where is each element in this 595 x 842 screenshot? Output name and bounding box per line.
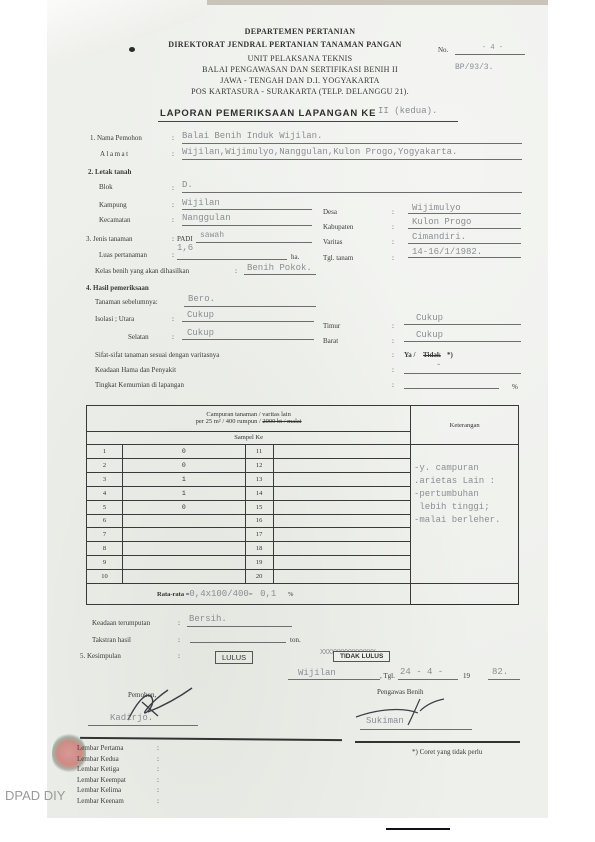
previous-crop-label: Tanaman sebelumnya:: [95, 298, 158, 306]
sample-number: 12: [245, 459, 273, 473]
keterangan-line: .arietas Lain :: [414, 475, 500, 488]
purity-unit: %: [512, 383, 518, 391]
sample-number: 6: [87, 514, 123, 528]
crop-type-value: sawah: [200, 231, 224, 240]
inspector-name: Sukiman: [366, 716, 404, 726]
isolation-west-value: Cukup: [416, 330, 443, 340]
copy-list-item: Lembar Pertama:: [77, 743, 126, 754]
address-value: Wijilan,Wijimulyo,Nanggulan,Kulon Progo,…: [182, 147, 457, 157]
sample-value: [273, 486, 411, 500]
sample-number: 2: [87, 459, 123, 473]
sample-value: 1: [122, 473, 245, 487]
year-prefix: 19: [463, 672, 470, 680]
pest-value: -: [436, 360, 441, 370]
keterangan-notes: -y. campuran.arietas Lain :-pertumbuhan …: [414, 462, 500, 527]
variety-match-yes: Ya /: [404, 351, 415, 359]
sample-number: 18: [245, 542, 273, 556]
sample-value: 0: [122, 445, 245, 459]
planting-date-label: Tgl. tanam: [323, 254, 353, 262]
seed-class-value: Benih Pokok.: [247, 263, 312, 273]
directorate-name: DIREKTORAT JENDRAL PERTANIAN TANAMAN PAN…: [135, 40, 435, 49]
kampung-value: Wijilan: [182, 198, 220, 208]
post-address: POS KARTASURA - SURAKARTA (TELP. DELANGG…: [140, 87, 460, 96]
sample-number: 3: [87, 473, 123, 487]
variety-value: Cimandiri.: [412, 232, 466, 242]
sample-value: [273, 473, 411, 487]
reference-number: BP/93/3.: [455, 63, 493, 72]
pest-label: Keadaan Hama dan Penyakit: [95, 366, 176, 374]
copy-list-item: Lembar Kelima:: [77, 785, 126, 796]
sample-value: [122, 569, 245, 583]
sample-label: Sampel Ke: [87, 431, 411, 445]
table-row: 1011: [87, 445, 519, 459]
sample-value: 0: [122, 500, 245, 514]
sample-value: [122, 555, 245, 569]
kabupaten-value: Kulon Progo: [412, 217, 471, 227]
copy-list-item: Lembar Kedua:: [77, 754, 126, 765]
location-heading: 2. Letak tanah: [88, 168, 131, 176]
yield-label: Takstran hasil: [92, 636, 131, 644]
keterangan-header: Keterangan: [411, 406, 519, 445]
page-indicator-bar: [386, 828, 450, 830]
report-title: LAPORAN PEMERIKSAAN LAPANGAN KE: [160, 108, 376, 119]
weed-value: Bersih.: [189, 614, 227, 624]
area-value: 1,6: [177, 243, 193, 253]
keterangan-line: -y. campuran: [414, 462, 500, 475]
watermark: DPAD DIY: [5, 788, 65, 803]
average-formula: 0,4x100/400: [189, 589, 248, 599]
sample-value: [122, 528, 245, 542]
copy-list: Lembar Pertama:Lembar Kedua:Lembar Ketig…: [77, 743, 126, 806]
isolation-north-value: Cukup: [187, 310, 214, 320]
applicant-name-label: 1. Nama Pemohon: [90, 134, 142, 142]
address-label: Alamat: [100, 150, 130, 158]
sample-value: [122, 542, 245, 556]
sample-number: 17: [245, 528, 273, 542]
sample-number: 1: [87, 445, 123, 459]
results-heading: 4. Hasil pemeriksaan: [86, 284, 149, 292]
average-equals: =: [249, 591, 253, 598]
blok-value: D.: [182, 180, 193, 190]
applicant-name: Kadirjo.: [110, 713, 153, 723]
desa-label: Desa: [323, 208, 337, 216]
year-value: 82.: [492, 667, 508, 677]
sample-value: [273, 528, 411, 542]
kecamatan-value: Nanggulan: [182, 213, 231, 223]
purity-label: Tingkat Kemurnian di lapangan: [95, 381, 184, 389]
sample-number: 5: [87, 500, 123, 514]
copy-list-item: Lembar Ketiga:: [77, 764, 126, 775]
keterangan-line: -pertumbuhan: [414, 488, 500, 501]
seed-class-label: Kelas benih yang akan dihasilkan: [95, 267, 189, 275]
variety-label: Varitas: [323, 238, 342, 246]
report-visit: II (kedua).: [378, 106, 437, 116]
table-header-struck: 2000 bt / malai: [262, 418, 301, 425]
sample-value: [122, 514, 245, 528]
weed-label: Keadaan terumputan: [92, 619, 150, 627]
variety-match-note: *): [447, 351, 453, 359]
date-value: 24 - 4 -: [400, 667, 443, 677]
copy-list-item: Lembar Keenam:: [77, 796, 126, 807]
average-label: Rata-rata =: [157, 591, 189, 598]
table-header: Campuran tanaman / varitas lain per 25 m…: [87, 406, 411, 432]
sample-number: 9: [87, 555, 123, 569]
fail-box: TIDAK LULUS: [333, 651, 390, 662]
sample-value: [273, 500, 411, 514]
sample-value: [273, 555, 411, 569]
number-label: No.: [438, 46, 448, 54]
previous-crop-value: Bero.: [188, 294, 215, 304]
yield-unit: ton.: [290, 636, 301, 644]
kampung-label: Kampung: [99, 201, 127, 209]
isolation-south-label: Selatan: [128, 333, 149, 341]
sample-number: 11: [245, 445, 273, 459]
variety-match-no: Tidak: [423, 351, 441, 359]
average-value: 0,1: [260, 589, 276, 599]
average-unit: %: [288, 591, 293, 598]
date-label: , Tgl.: [380, 672, 395, 680]
sample-value: [273, 459, 411, 473]
blok-label: Blok: [99, 183, 113, 191]
sample-number: 13: [245, 473, 273, 487]
keterangan-line: lebih tinggi;: [414, 501, 500, 514]
pass-box: LULUS: [215, 651, 253, 664]
table-header-line1: Campuran tanaman / varitas lain: [87, 411, 410, 418]
isolation-north-label: Isolasi ; Utara: [95, 315, 134, 323]
sample-number: 19: [245, 555, 273, 569]
kecamatan-label: Kecamatan: [99, 216, 130, 224]
sample-number: 8: [87, 542, 123, 556]
ministry-name: DEPARTEMEN PERTANIAN: [200, 27, 400, 36]
region-name: JAWA - TENGAH DAN D.I. YOGYAKARTA: [180, 76, 420, 85]
table-header-line2: per 25 m² / 400 rumpun /: [196, 418, 261, 425]
sample-value: [273, 569, 411, 583]
title-underline: [158, 121, 458, 122]
footnote: *) Coret yang tidak perlu: [412, 748, 482, 756]
isolation-south-value: Cukup: [187, 328, 214, 338]
copy-list-item: Lembar Keempat:: [77, 775, 126, 786]
sample-number: 15: [245, 500, 273, 514]
number-line: [455, 54, 525, 55]
applicant-name-value: Balai Benih Induk Wijilan.: [182, 131, 322, 141]
area-label: Luas pertanaman: [99, 251, 147, 259]
isolation-east-label: Timur: [323, 322, 340, 330]
average-row: Rata-rata =0,4x100/400= 0,1 %: [87, 583, 411, 604]
unit-name: UNIT PELAKSANA TEKNIS: [200, 54, 400, 63]
paper-top-edge: [190, 0, 548, 5]
sample-value: 0: [122, 459, 245, 473]
number-value: - 4 -: [482, 44, 503, 52]
isolation-west-label: Barat: [323, 337, 338, 345]
place-value: Wijilan: [298, 668, 336, 678]
sample-number: 10: [87, 569, 123, 583]
isolation-east-value: Cukup: [416, 313, 443, 323]
kabupaten-label: Kabupaten: [323, 223, 353, 231]
keterangan-line: -malai berleher.: [414, 514, 500, 527]
crop-type-label: 3. Jenis tanaman: [86, 235, 132, 243]
sample-value: 1: [122, 486, 245, 500]
sample-value: [273, 542, 411, 556]
office-name: BALAI PENGAWASAN DAN SERTIFIKASI BENIH I…: [150, 65, 450, 74]
sample-value: [273, 445, 411, 459]
conclusion-label: 5. Kesimpulan: [80, 652, 121, 660]
planting-date-value: 14-16/1/1982.: [412, 247, 482, 257]
sample-value: [273, 514, 411, 528]
sample-number: 16: [245, 514, 273, 528]
variety-match-label: Sifat-sifat tanaman sesuai dengan varita…: [95, 351, 219, 359]
sample-number: 20: [245, 569, 273, 583]
sample-number: 4: [87, 486, 123, 500]
area-unit: ha.: [291, 253, 299, 261]
crop-type-prefix: PADI: [177, 235, 193, 243]
sample-number: 14: [245, 486, 273, 500]
sample-number: 7: [87, 528, 123, 542]
desa-value: Wijimulyo: [412, 203, 461, 213]
